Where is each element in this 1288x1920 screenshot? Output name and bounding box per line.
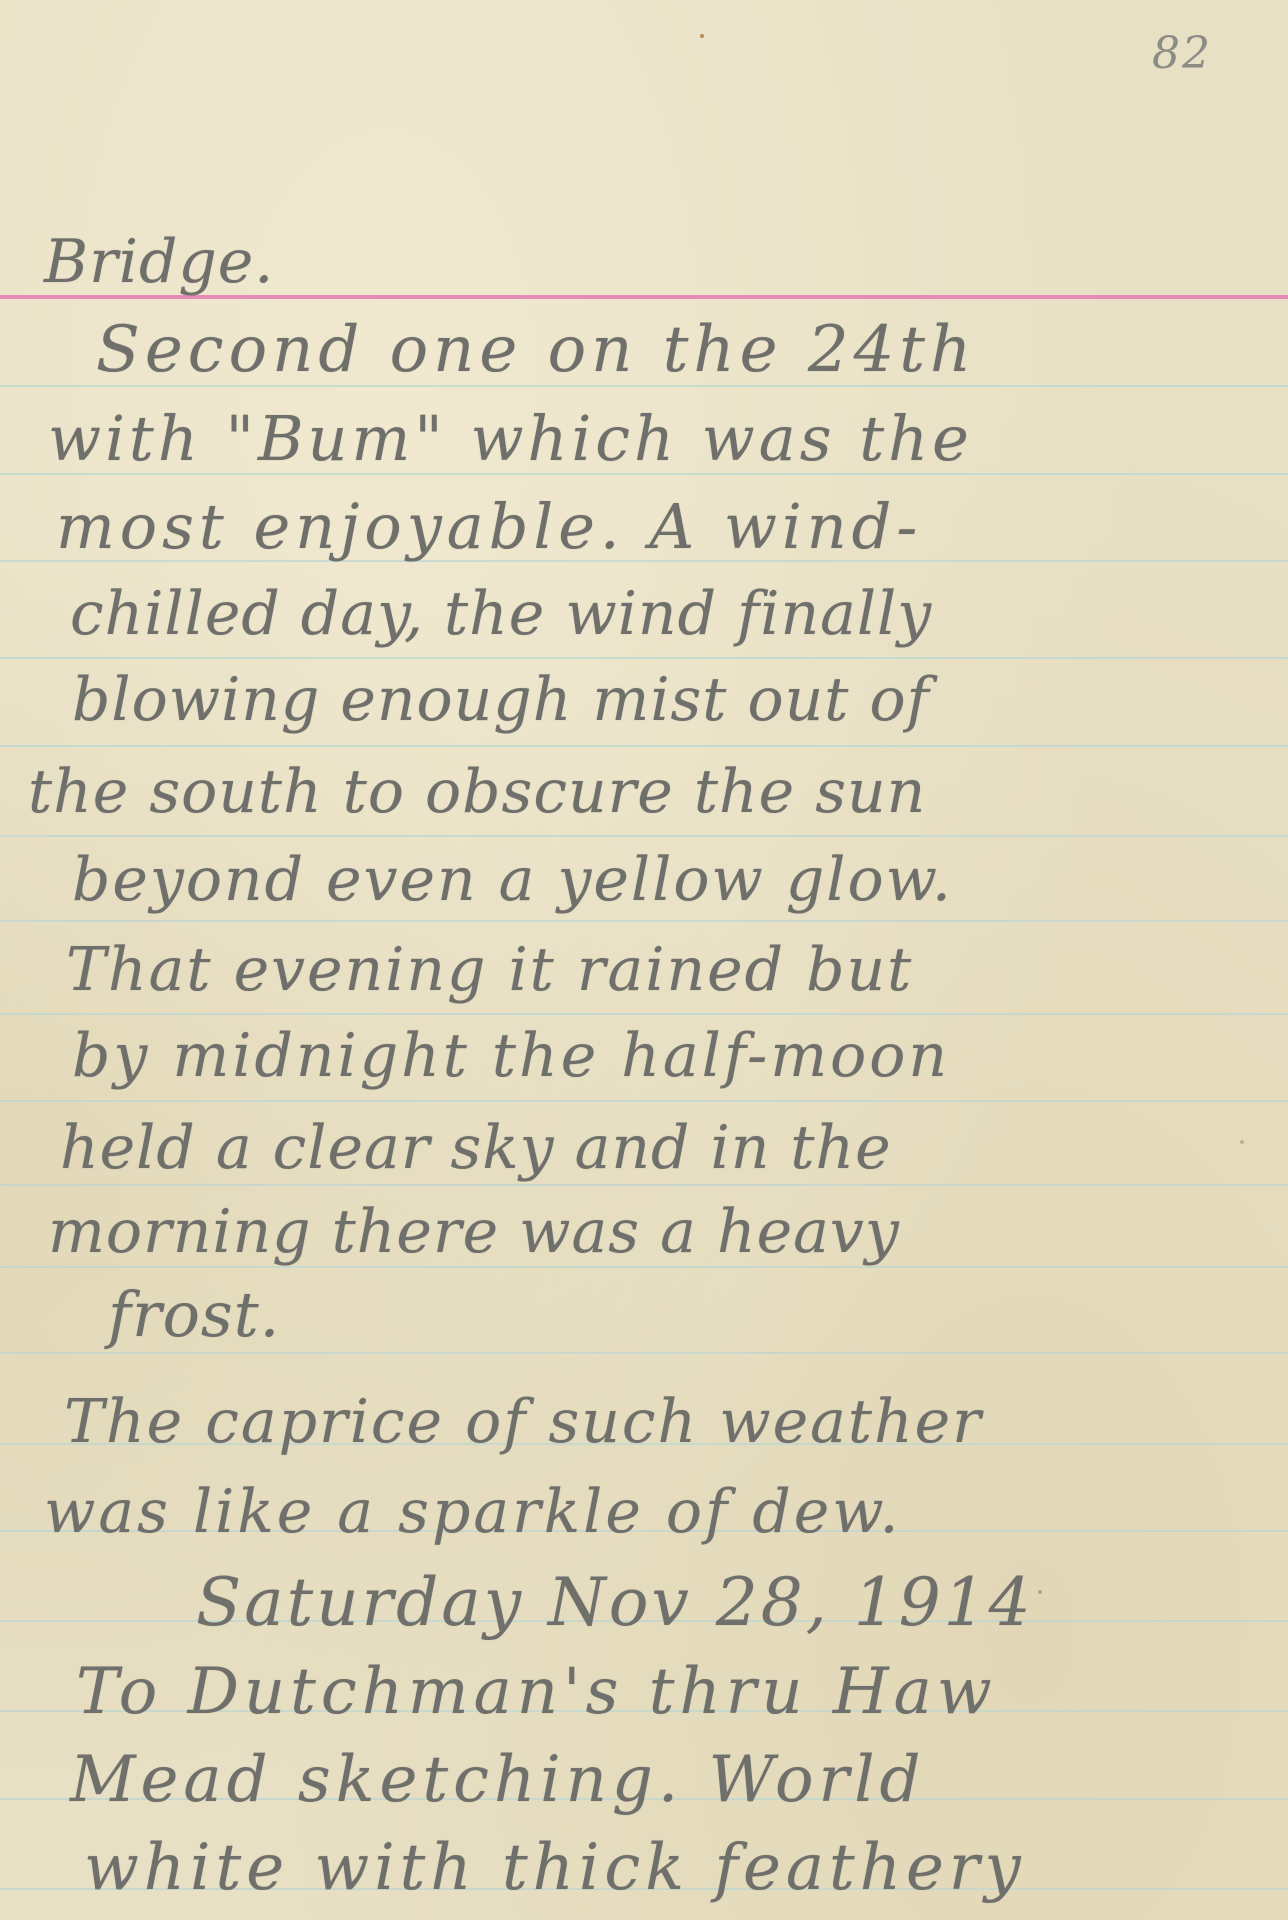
ruled-line	[0, 1100, 1288, 1102]
ruled-line	[0, 745, 1288, 747]
page-number: 82	[1152, 28, 1212, 79]
handwritten-line: frost.	[108, 1284, 280, 1346]
handwritten-line: was like a sparkle of dew.	[44, 1482, 902, 1542]
handwritten-line: by midnight the half-moon	[72, 1026, 950, 1086]
handwritten-line: the south to obscure the sun	[28, 762, 926, 822]
handwritten-line: morning there was a heavy	[48, 1202, 900, 1262]
ruled-line	[0, 920, 1288, 922]
paper-speck	[700, 34, 704, 38]
ruled-line	[0, 657, 1288, 659]
ruled-line	[0, 1352, 1288, 1354]
ruled-line	[0, 1013, 1288, 1015]
ruled-line	[0, 835, 1288, 837]
handwritten-line: Mead sketching. World	[70, 1748, 926, 1812]
handwritten-line: Bridge.	[44, 232, 274, 292]
handwritten-line: chilled day, the wind finally	[70, 584, 932, 644]
paper-speck	[1038, 1590, 1042, 1594]
handwritten-line: white with thick feathery	[84, 1836, 1026, 1900]
ruled-line	[0, 1184, 1288, 1186]
handwritten-line: Saturday Nov 28, 1914	[196, 1570, 1034, 1636]
handwritten-line: most enjoyable. A wind-	[56, 496, 922, 558]
handwritten-line: Second one on the 24th	[96, 318, 976, 382]
handwritten-line: beyond even a yellow glow.	[72, 850, 953, 910]
handwritten-line: That evening it rained but	[66, 940, 913, 1000]
handwritten-line: held a clear sky and in the	[60, 1118, 892, 1178]
handwritten-line: blowing enough mist out of	[72, 670, 930, 730]
handwritten-line: The caprice of such weather	[64, 1392, 983, 1452]
handwritten-line: with "Bum" which was the	[48, 408, 973, 470]
journal-page: 82 Bridge. Second one on the 24th with "…	[0, 0, 1288, 1920]
handwritten-line: To Dutchman's thru Haw	[76, 1660, 997, 1724]
paper-speck	[1240, 1140, 1244, 1144]
